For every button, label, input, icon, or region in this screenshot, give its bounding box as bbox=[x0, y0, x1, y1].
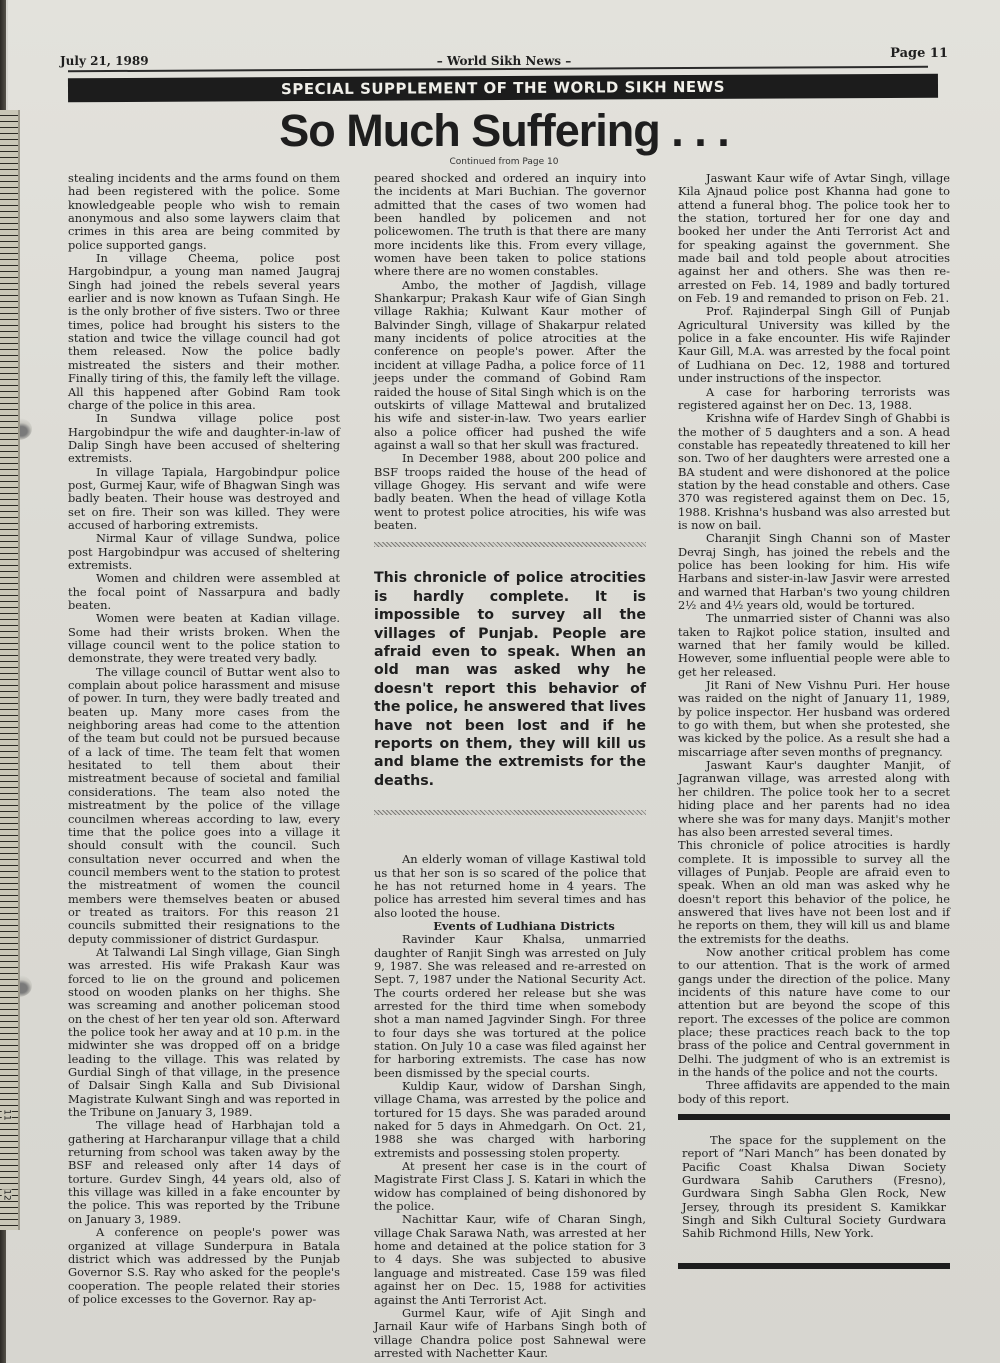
paragraph: In village Tapiala, Hargobindpur police … bbox=[68, 466, 340, 533]
paragraph: Women were beaten at Kadian village. Som… bbox=[68, 612, 340, 665]
column-3: Jaswant Kaur wife of Avtar Singh, villag… bbox=[678, 172, 950, 1277]
paragraph: Jit Rani of New Vishnu Puri. Her house w… bbox=[678, 679, 950, 759]
ruler-mark: 12 bbox=[2, 1189, 12, 1200]
paragraph: Jaswant Kaur wife of Avtar Singh, villag… bbox=[678, 172, 950, 305]
paragraph: In December 1988, about 200 police and B… bbox=[374, 452, 646, 532]
donation-notice: The space for the supplement on the repo… bbox=[682, 1134, 946, 1241]
newspaper-page: July 21, 1989 – World Sikh News – Page 1… bbox=[8, 0, 1000, 1363]
paragraph: At present her case is in the court of M… bbox=[374, 1160, 646, 1213]
page-number: Page 11 bbox=[890, 46, 948, 61]
paragraph: Now another critical problem has come to… bbox=[678, 946, 950, 1079]
paragraph: A conference on people's power was organ… bbox=[68, 1226, 340, 1306]
paragraph: Charanjit Singh Channi son of Master Dev… bbox=[678, 532, 950, 612]
paragraph: Jaswant Kaur's daughter Manjit, of Jagra… bbox=[678, 759, 950, 839]
column-1: stealing incidents and the arms found on… bbox=[68, 172, 340, 1306]
paragraph: In village Cheema, police post Hargobind… bbox=[68, 252, 340, 412]
paragraph: Prof. Rajinderpal Singh Gill of Punjab A… bbox=[678, 305, 950, 385]
donation-notice-box: The space for the supplement on the repo… bbox=[678, 1128, 950, 1255]
box-top-rule bbox=[678, 1114, 950, 1120]
article-headline: So Much Suffering . . . bbox=[8, 105, 1000, 157]
paragraph: Nachittar Kaur, wife of Charan Singh, vi… bbox=[374, 1213, 646, 1306]
paragraph: The village council of Buttar went also … bbox=[68, 666, 340, 946]
paragraph: peared shocked and ordered an inquiry in… bbox=[374, 172, 646, 279]
paragraph: Kuldip Kaur, widow of Darshan Singh, vil… bbox=[374, 1080, 646, 1160]
paragraph: In Sundwa village police post Hargobindp… bbox=[68, 412, 340, 465]
paragraph: Women and children were assembled at the… bbox=[68, 572, 340, 612]
continued-note: Continued from Page 10 bbox=[8, 157, 1000, 167]
paragraph: At Talwandi Lal Singh village, Gian Sing… bbox=[68, 946, 340, 1119]
paragraph: Ambo, the mother of Jagdish, village Sha… bbox=[374, 279, 646, 452]
column-2: peared shocked and ordered an inquiry in… bbox=[374, 172, 646, 1360]
paragraph: Three affidavits are appended to the mai… bbox=[678, 1079, 950, 1106]
dotted-divider bbox=[374, 810, 646, 815]
paragraph: Krishna wife of Hardev Singh of Ghabbi i… bbox=[678, 412, 950, 532]
paragraph: An elderly woman of village Kastiwal tol… bbox=[374, 853, 646, 920]
paragraph: stealing incidents and the arms found on… bbox=[68, 172, 340, 252]
box-bottom-rule bbox=[678, 1263, 950, 1269]
paragraph: Nirmal Kaur of village Sundwa, police po… bbox=[68, 532, 340, 572]
dotted-divider bbox=[374, 542, 646, 547]
pull-quote: This chronicle of police atrocities is h… bbox=[374, 569, 646, 790]
paragraph: The village head of Harbhajan told a gat… bbox=[68, 1119, 340, 1226]
paragraph: Gurmel Kaur, wife of Ajit Singh and Jarn… bbox=[374, 1307, 646, 1360]
ruler-mark: 11 bbox=[2, 1109, 12, 1120]
paragraph: This chronicle of police atrocities is h… bbox=[678, 839, 950, 946]
measuring-ruler: 11 12 bbox=[0, 110, 20, 1230]
paragraph: Ravinder Kaur Khalsa, unmarried daughter… bbox=[374, 933, 646, 1080]
supplement-banner: SPECIAL SUPPLEMENT OF THE WORLD SIKH NEW… bbox=[68, 74, 938, 103]
paragraph: A case for harboring terrorists was regi… bbox=[678, 386, 950, 413]
section-subhead: Events of Ludhiana Districts bbox=[374, 920, 646, 933]
paragraph: The unmarried sister of Channi was also … bbox=[678, 612, 950, 679]
